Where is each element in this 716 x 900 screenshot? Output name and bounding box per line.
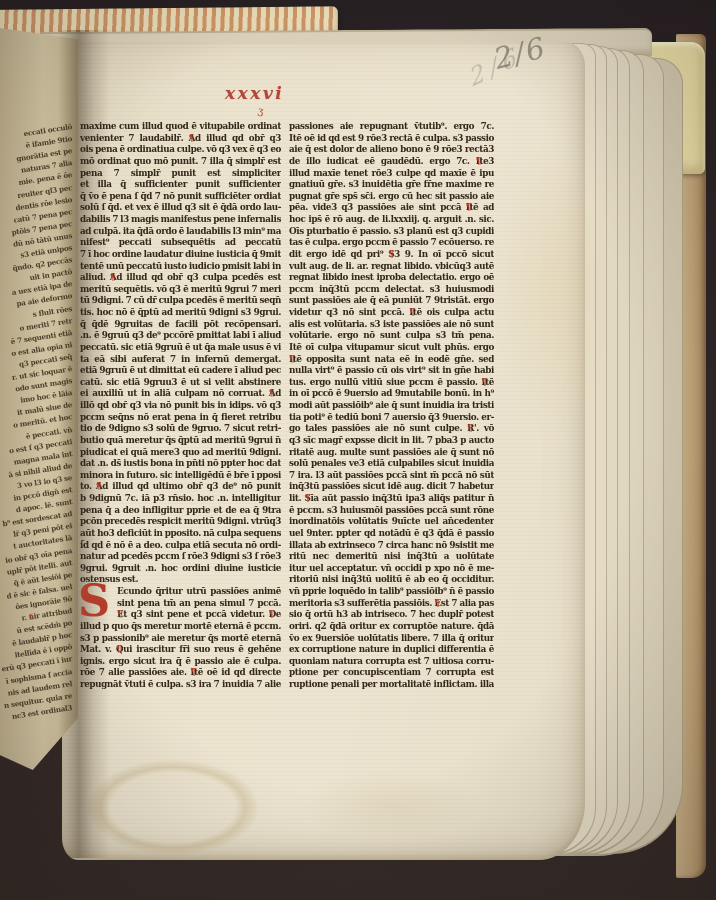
rubric-initial: S [78,585,114,621]
text-line: venienter 7 laudabilr̄. ¶ Ad illud qd ob… [80,134,281,146]
text-line: pugnat gr̄e sps̄ sc̄i. ergo cū hec sit p… [289,192,494,204]
text-line: minora in futuro. sic intelligēdū ē br̄e… [80,471,281,483]
text-line: illata ab extrinseco 7 circa hanc nō 9si… [289,541,494,553]
text-line: mō ordinat quo mō punit. 7 illa q̄ simpl… [80,157,281,169]
text-line: butio quā meretur q̄s q̄ptū ad meritū 9g… [80,436,281,448]
text-line: oriri. q2 q̄dā oritur ex corruptōe natur… [289,622,494,634]
text-line: solū ſ q̄d. et vex ē illud q3 sit ē q̄dā… [80,203,281,215]
text-line: illud maxīe tenet rōe3 culpe qd maxīe ē … [289,169,494,181]
text-line: dit ergo idē qd pri⁹ ¶ S3 9. In oī pccō … [289,250,494,262]
text-line: vn̄ pprie loquēdo in talib⁹ passiōib⁹ n̄… [289,587,494,599]
discoloration-stain [492,140,612,440]
text-line: illō qd obr̄ q3 via nō punit bis in idip… [80,401,281,413]
text-line: id qd ē nō ē a deo. culpa etiā secuta nō… [80,541,281,553]
text-line: natur ad pcedēs pccm ſ rōe3 9digni s3 ſ … [80,552,281,564]
pilcrow-mark: ¶ [269,610,274,622]
text-line: hoc ips̄ ē rō aug. de li.lxxxiij. q. arg… [289,215,494,227]
text-line: ei auxiliū ut in aliā culpam nō corruat.… [80,389,281,401]
text-line: ex corruptione nature in duplici differe… [289,645,494,657]
text-line: Mat. v. ¶ Qui irascitur fr̄i suo reus ē … [80,645,281,657]
text-line: etiā 9gruū ē ut dimittat eū cadere ī ali… [80,366,281,378]
text-line: uel 9nter. ppter qd notādū ē q3 q̄dā ē p… [289,529,494,541]
text-line: quoniam natura corrupta est 7 uitiosa co… [289,657,494,669]
text-line: gnatiuū gr̄e. s3 inuidētia gr̄e fr̄ne ma… [289,180,494,192]
text-line: ignis. ergo sicut ira q̄ ē passio aie ē … [80,657,281,669]
text-line: b̄ 9dignū 7c. iā p3 rn̄sio. hoc .n. inte… [80,494,281,506]
text-line: sunt passiōes aie q̄ eā puniūt 7 9tristā… [289,296,494,308]
text-line: catū. sic etiā 9gruu3 ē ut si velit abst… [80,378,281,390]
pilcrow-mark: ¶ [434,599,439,611]
pilcrow-mark: ¶ [117,610,122,622]
text-line: ad culpā. ita q̄dā ordo ē laudabilis l3 … [80,227,281,239]
pilcrow-mark: ¶ [467,424,472,436]
text-line: dat .n. ds̄ iustis bona in pn̄ti nō ppte… [80,459,281,471]
text-line: ruptione penali per mortalitatē inflicta… [289,680,494,692]
pilcrow-mark: ¶ [189,134,194,146]
text-line: to. ¶ Ad illud qd ultimo obr̄ q3 de⁹ nō … [80,482,281,494]
text-line: inq̄3tū passiōes sicut idē aug. dicit 7 … [289,482,494,494]
text-line: tū 9digni. 7 cū dr̄ culpa pcedēs ē merit… [80,296,281,308]
text-line: et illa q̄ sufficienter punit sufficient… [80,180,281,192]
text-line: tentē unū peccatū iusto iudicio pmisit l… [80,262,281,274]
text-line: Itē oē id qd est 9 rōe3 rectā ē culpa. s… [289,134,494,146]
text-line: ta eā sibi auferat 7 in infernū demergat… [80,355,281,367]
pilcrow-mark: ¶ [28,612,34,622]
pilcrow-mark: ¶ [269,389,274,401]
text-line: lit. ¶ Sīa aūt passio inq̄3tū ipa3 aliq̄… [289,494,494,506]
text-line: 9grui. 9gruit .n. hoc ordini diuine iust… [80,564,281,576]
text-line: passiones aie repugnant v̄tutib⁹. ergo 7… [289,122,494,134]
text-line: ¶ Itē opposita sunt nata eē in eodē gn̄e… [289,355,494,367]
text-line: pcōn precedēs respicit meritū 9digni. vt… [80,517,281,529]
folio-number: xxxvi [225,84,284,104]
text-line: tas ē culpa. ergo pccm ē passio 7 ecōuer… [289,238,494,250]
text-line: .n. ē 9gruū q3 de⁹ pccōrē pmittat labi ī… [80,331,281,343]
text-line: aūt ho3 deficiūt in pposito. nā culpa se… [80,529,281,541]
text-line: go tales passiōes aie nō sunt culpe. ¶ R… [289,424,494,436]
text-line: inordinatōis volūtatis 9uīcte uel an̄ced… [289,517,494,529]
pilcrow-mark: ¶ [110,273,115,285]
pilcrow-mark: ¶ [289,355,294,367]
pilcrow-mark: ¶ [388,250,393,262]
text-line: repugnāt v̄tuti ē culpa. s3 ira 7 inuidi… [80,680,281,692]
text-line: tio de 9digno s3 solū de 9gruo. 7 sicut … [80,424,281,436]
pilcrow-mark: ¶ [466,203,471,215]
text-line: nulla virt⁹ ē passio cū ois virt⁹ sit in… [289,366,494,378]
pilcrow-mark: ¶ [96,482,101,494]
text-line: ois pena ē ordinatiua culpe. vō q3 vex ē… [80,145,281,157]
text-line: itur uel acceptatur. vn̄ occidi p xpo nō… [289,564,494,576]
text-line: alis est volūtaria. s3 iste passiōes aie… [289,320,494,332]
text-line: 7 ira. l3 aūt passiōes pccā sint m̄ pccā… [289,471,494,483]
text-line: aie q̄ est dolor de alieno bono ē 9 rōe3… [289,145,494,157]
text-line: ē pccm. s3 huiusmōi passiōes pccā sunt r… [289,506,494,518]
text-line: tus. ergo nullū vitiū siue pccm ē passio… [289,378,494,390]
pilcrow-mark: ¶ [409,308,414,320]
text-line: aliud. ¶ Ad illud qd obr̄ q3 culpa pcedē… [80,273,281,285]
text-line: tia poti⁹ ē tediū boni 7 auersio q̄3 9ue… [289,413,494,425]
text-line: q̄ q̄dē 9gruitas de facili pōt recōpensa… [80,320,281,332]
text-block: maxime cum illud quod ē vitupabile ordin… [80,122,494,694]
text-line: pccm inq̄3tū pccm delectat. s3 huiusmodi… [289,285,494,297]
pilcrow-mark: ¶ [116,645,121,657]
text-line: volūtarie. ergo nō sunt culpa s3 tm̄ pen… [289,331,494,343]
text-line: pena q̄ a deo infligitur pprie et de ea … [80,506,281,518]
text-line: modi aūt passiōib⁹ aie q̄ sunt inuidia i… [289,401,494,413]
text-line: maxime cum illud quod ē vitupabile ordin… [80,122,281,134]
text-column-right: passiones aie repugnant v̄tutib⁹. ergo 7… [289,122,494,694]
pilcrow-mark: ¶ [476,157,481,169]
text-line: solū penales ve3 etiā culpabiles sicut i… [289,459,494,471]
text-line: tis. hoc nō ē q̄ptū ad meritū 9digni s3 … [80,308,281,320]
text-line: ritū nec demeritū nisi inq̄3tū a uolūtat… [289,552,494,564]
discoloration-stain [300,770,480,840]
photo-background: eccati occulōē ifamie 9tiognorātia est p… [0,0,716,900]
text-line: in oī pccō ē 9uersio ad 9mutabile bonū. … [289,389,494,401]
pilcrow-mark: ¶ [481,378,486,390]
text-line: pena 7 simplr̄ punit est simpliciter ord… [80,169,281,181]
text-line: ptione per concupiscentiam 7 corrupta es… [289,668,494,680]
text-line: rōe 7 alie passiōes aie. ¶ Itē oē id qd … [80,668,281,680]
text-line: vult aug. de li. ar. regnat libido. vbic… [289,262,494,274]
text-line: ritatē aug. multe sunt passiōes aie q̄ s… [289,448,494,460]
text-line: ritoriū nisi inq̄3tū uolitū ē ab eo q̄ o… [289,575,494,587]
text-line: piudicat ei quā mere3 quo ad meritū 9dig… [80,448,281,460]
text-line: pēa. vide3 q3 passiōes aie sint pccā ¶ I… [289,203,494,215]
water-stain [88,760,258,855]
text-line: v̄o ex 9uersiōe uolūtatis libere. 7 illa… [289,634,494,646]
text-line: q̄ v̄o ē pena ſ q̄d 7 nō punit sufficiēt… [80,192,281,204]
text-line: videtur q3 nō sint pccā. ¶ Itē ois culpa… [289,308,494,320]
text-line: peccatū. sic etiā 9gruū ē ut q̄a male us… [80,343,281,355]
text-line: sio q̄ ortū h3 ab intriseco. 7 hec duplr… [289,610,494,622]
facing-page-edge: eccati occulōē ifamie 9tiognorātia est p… [0,28,78,770]
text-line: regnat libido inest iproba delectatio. e… [289,273,494,285]
text-line: s3 p passionib⁹ aie meretur q̄s mortē et… [80,634,281,646]
text-line: nifest⁹ peccati subsequētis ad peccatū p… [80,238,281,250]
text-line: dabilis 7 l3 magis manifestus pene infer… [80,215,281,227]
text-line: Itē oī culpa vitupamur sicut vult phūs. … [289,343,494,355]
pilcrow-mark: ¶ [190,668,195,680]
text-line: q3 sīc magr̄ expsse dicit in lit. 7 pba3… [289,436,494,448]
text-line: pccm seq̄ns nō erat pena in q̄ fieret re… [80,413,281,425]
text-line: de illo iudicat eē gaudēdū. ergo 7c. ¶ I… [289,157,494,169]
pilcrow-mark: ¶ [305,494,310,506]
text-line: meritū sequētis. vō q3 ē meritū 9grui 7 … [80,285,281,297]
text-line: 7 ī hoc ordine laudatur diuine iusticia … [80,250,281,262]
text-line: illud p quo q̄s meretur mortē eternā ē p… [80,622,281,634]
text-line: Oīs pturbatio ē passio. s3 planū est q3 … [289,227,494,239]
text-line: meritoria s3 sufferētia passiōis. ¶ Est … [289,599,494,611]
